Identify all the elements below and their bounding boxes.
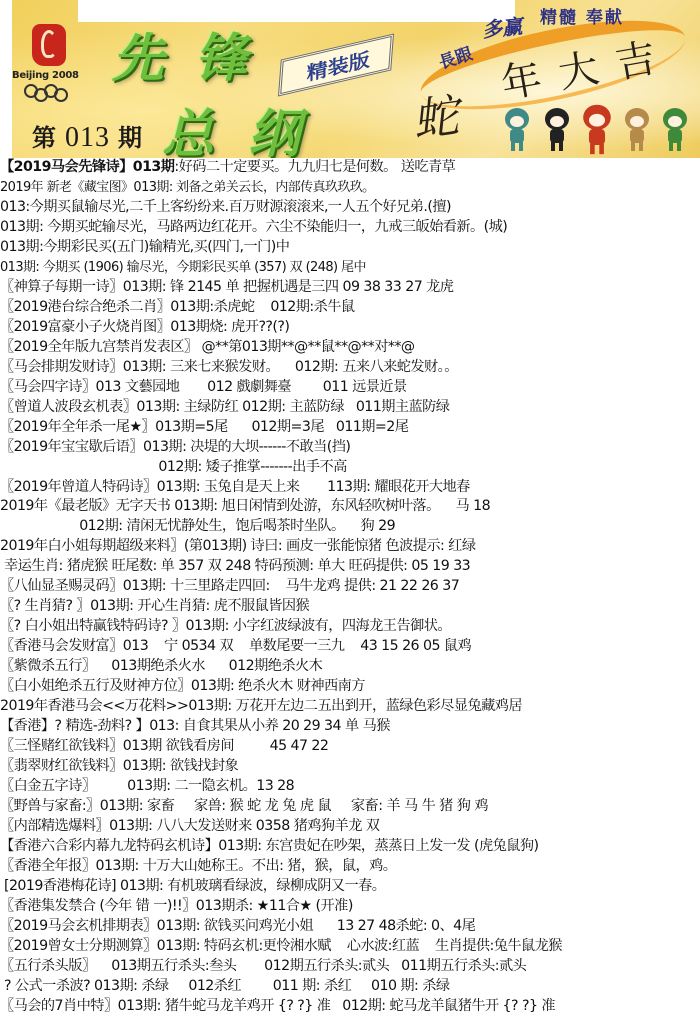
text-line: 【2019马会先锋诗】013期:好码二十定要买。九九归七是何数。 送吃青草 bbox=[0, 158, 700, 178]
text-line: [2019香港梅花诗] 013期: 有机玻璃看绿波，绿柳成阴又一春。 bbox=[0, 877, 700, 897]
text-line: 〖2019年全年杀一尾★〗013期=5尾 012期=3尾 011期=2尾 bbox=[0, 418, 700, 438]
text-line: 2019年香港马会<<万花料>>013期: 万花开左边二五出到开，蓝绿色彩尽显兔… bbox=[0, 697, 700, 717]
text-line: 013期: 今期买 (1906) 输尽光，今期彩民买单 (357) 双 (248… bbox=[0, 258, 700, 278]
text-line: 〖紫微杀五行〗 013期绝杀火水 012期绝杀火木 bbox=[0, 657, 700, 677]
text-line: 〖香港全年报〗013期: 十万大山她称王。不出: 猪，猴，鼠，鸡。 bbox=[0, 857, 700, 877]
text-line: 〖2019全年版九宫禁肖发表区〗 @**第013期**@**鼠**@**对**@ bbox=[0, 338, 700, 358]
mascot-icon bbox=[504, 108, 530, 152]
text-line: 2019年 新老《藏宝图》013期: 刘备之弟关云长，内部传真玖玖玖。 bbox=[0, 178, 700, 198]
text-line: 〖马会四字诗〗013 文藝园地 012 戲劇舞臺 011 远景近景 bbox=[0, 378, 700, 398]
text-line: 〖2019曾女士分期测算〗013期: 特码玄机:更怜湘水赋 心水波:红蓝 生肖提… bbox=[0, 937, 700, 957]
text-line: 〖三怪赌红欲钱料〗013期 欲钱看房间 45 47 22 bbox=[0, 737, 700, 757]
title-char-1: 先 bbox=[112, 16, 164, 91]
banner-left-margin bbox=[0, 0, 12, 158]
text-line: 013期:今期彩民买(五门)输精光,买(四门,一门)中 bbox=[0, 238, 700, 258]
mascot-icon bbox=[582, 105, 612, 156]
olympic-rings-icon bbox=[24, 84, 76, 102]
text-line: ? 公式一杀波? 013期: 杀绿 012杀红 011 期: 杀红 010 期:… bbox=[0, 977, 700, 997]
issue-number: 013 bbox=[65, 122, 110, 153]
text-line: 〖? 生肖猜? 〗013期: 开心生肖猜: 虎不服鼠皆因猴 bbox=[0, 597, 700, 617]
text-line: 2019年《最老版》无字天书 013期: 旭日闲情到处游，东风轻吹树叶落。 马 … bbox=[0, 497, 700, 517]
beijing-2008-label: Beijing 2008 bbox=[12, 70, 79, 81]
text-line: 012期: 矮子推掌-------出手不高 bbox=[0, 458, 700, 478]
text-line: 幸运生肖: 猪虎猴 旺尾数: 单 357 双 248 特码预测: 单大 旺码提供… bbox=[0, 557, 700, 577]
text-line: 〖马会的7肖中特〗013期: 猪牛蛇马龙羊鸡开 {? ?} 准 012期: 蛇马… bbox=[0, 997, 700, 1017]
text-line: 〖马会排期发财诗〗013期: 三来七来猴发财。 012期: 五来八来蛇发财。。 bbox=[0, 358, 700, 378]
issue-suffix: 期 bbox=[118, 123, 143, 152]
text-line: 013期: 今期买蛇输尽光，马路两边红花开。六尘不染能归一，九戒三皈始看新。(城… bbox=[0, 218, 700, 238]
text-line: 〖2019富豪小子火烧肖图〗013期烧: 虎开??(?) bbox=[0, 318, 700, 338]
issue-label: 第013期 bbox=[32, 118, 143, 154]
fuwa-mascots bbox=[500, 108, 700, 158]
calligraphy-char: 蛇 bbox=[408, 79, 463, 151]
header-banner: Beijing 2008 第013期 先 锋 总 纲 精装版 多赢 精髓 奉献 … bbox=[0, 0, 700, 158]
text-line: 〖五行杀头版〗 013期五行杀头:叁头 012期五行杀头:贰头 011期五行杀头… bbox=[0, 957, 700, 977]
text-line: 〖白金五字诗〗 013期: 二一隐玄机。13 28 bbox=[0, 777, 700, 797]
text-line: 〖? 白小姐出特赢钱特码诗? 〗013期: 小字红波绿波有，四海龙王告御状。 bbox=[0, 617, 700, 637]
content-lines: 【2019马会先锋诗】013期:好码二十定要买。九九归七是何数。 送吃青草 20… bbox=[0, 158, 700, 1017]
text-line: 2019年白小姐每期超级来料〗(第013期) 诗曰: 画皮一张能惊猪 色波提示:… bbox=[0, 537, 700, 557]
text-line: 〖八仙显圣赐灵码〗013期: 十三里路走四回: 马牛龙鸡 提供: 21 22 2… bbox=[0, 577, 700, 597]
text-line: 〖翡翠财红欲钱料〗013期: 欲钱找封象 bbox=[0, 757, 700, 777]
title-char-3: 总 bbox=[162, 92, 214, 158]
text-line: 〖2019港台综合绝杀二肖〗013期:杀虎蛇 012期:杀牛鼠 bbox=[0, 298, 700, 318]
issue-prefix: 第 bbox=[32, 123, 57, 152]
text-line: 〖香港集发禁合 (今年 错 一)!!〗013期杀: ★11合★ (开准) bbox=[0, 897, 700, 917]
text-line: 〖2019年曾道人特码诗〗013期: 玉兔自是天上来 113期: 耀眼花开大地春 bbox=[0, 478, 700, 498]
text-line: 〖神算子每期一诗〗013期: 锋 2145 单 把握机遇是三四 09 38 33… bbox=[0, 278, 700, 298]
text-line: 012期: 清闲无忧静处生，饱后喝茶时坐队。 狗 29 bbox=[0, 517, 700, 537]
text-line: 〖2019年宝宝歇后语〗013期: 决堤的大坝------不敢当(挡) bbox=[0, 438, 700, 458]
title-char-2: 锋 bbox=[195, 16, 247, 91]
text-line: 〖2019马会玄机排期表〗013期: 欲钱买问鸡光小姐 13 27 48杀蛇: … bbox=[0, 917, 700, 937]
edition-tag: 精装版 bbox=[278, 34, 394, 97]
text-line: 〖曾道人波段玄机表〗013期: 主绿防红 012期: 主蓝防绿 011期主蓝防绿 bbox=[0, 398, 700, 418]
mascot-icon bbox=[624, 108, 650, 152]
text-line: 【香港六合彩内幕九龙特码玄机诗】013期: 东宫贵妃在吵架，蒸蒸日上发一发 (虎… bbox=[0, 837, 700, 857]
title-char-4: 纲 bbox=[248, 92, 300, 158]
slogan-essence: 精髓 奉献 bbox=[540, 3, 624, 28]
text-line: 〖野兽与家畜:〗013期: 家畜 家兽: 猴 蛇 龙 兔 虎 鼠 家畜: 羊 马… bbox=[0, 797, 700, 817]
text-line: 013:今期买鼠输尽光,二千上客纷纷来.百万财源滚滚来,一人五个好兄弟.(擅) bbox=[0, 198, 700, 218]
mascot-icon bbox=[662, 108, 688, 152]
text-line: 〖内部精选爆料〗013期: 八八大发送财来 0358 猪鸡狗羊龙 双 bbox=[0, 817, 700, 837]
text-line: 〖香港马会发财富〗013 宁 0534 双 单数尾要一三九 43 15 26 0… bbox=[0, 637, 700, 657]
mascot-icon bbox=[544, 108, 570, 152]
beijing-olympic-emblem-icon bbox=[32, 24, 66, 66]
slogan-win: 多赢 bbox=[481, 10, 524, 43]
text-line: 【香港】? 精选-劲料? 】013: 自食其果从小养 20 29 34 单 马猴 bbox=[0, 717, 700, 737]
text-line: 〖白小姐绝杀五行及财神方位〗013期: 绝杀火木 财神西南方 bbox=[0, 677, 700, 697]
